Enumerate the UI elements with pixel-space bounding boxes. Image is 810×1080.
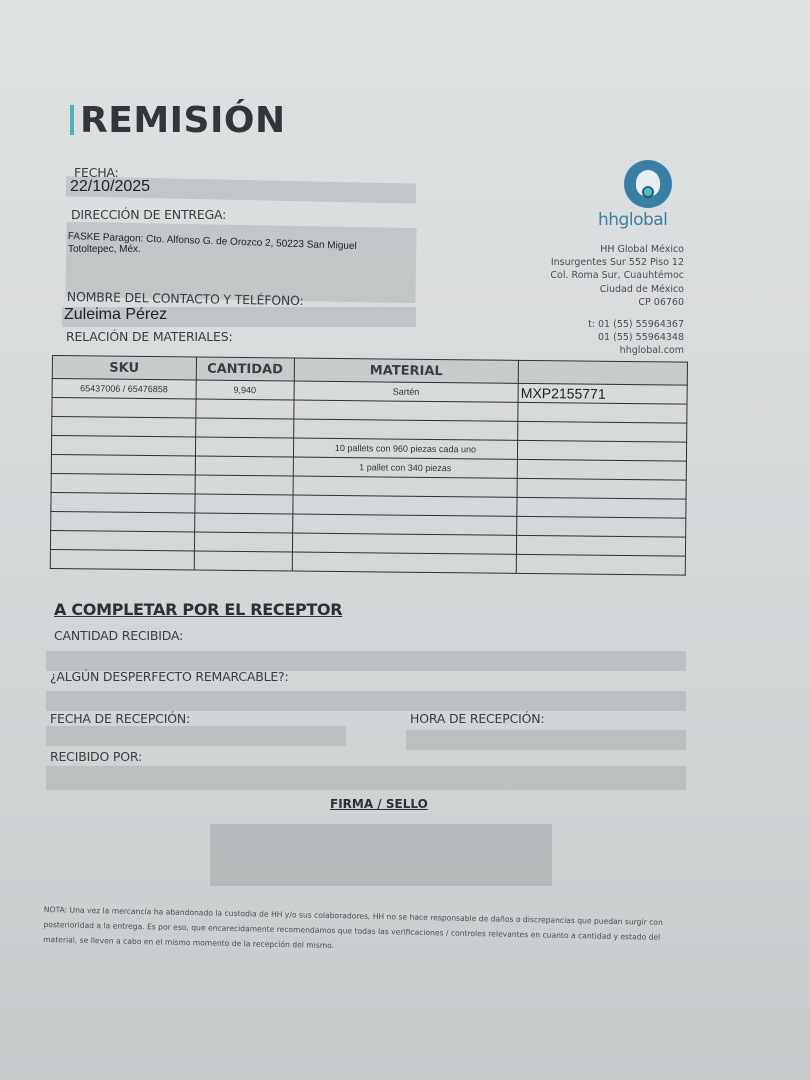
cell-material — [292, 514, 517, 535]
cell-ref — [517, 516, 686, 537]
cell-cantidad — [195, 475, 293, 495]
hora-recepcion-label: HORA DE RECEPCIÓN: — [410, 711, 544, 726]
cell-sku — [51, 454, 195, 475]
logo-ring-shape — [642, 186, 654, 198]
header-sku: SKU — [52, 356, 196, 381]
cell-sku — [52, 398, 196, 419]
direccion-line2: Totoltepec, Méx. — [68, 244, 141, 255]
cell-cantidad — [195, 494, 293, 514]
remision-document: REMISIÓN FECHA: 22/10/2025 DIRECCIÓN DE … — [0, 0, 810, 1080]
title-accent-bar — [70, 105, 74, 135]
recibido-por-label: RECIBIDO POR: — [50, 749, 142, 764]
cell-cantidad — [195, 456, 293, 476]
materials-table: SKU CANTIDAD MATERIAL 65437006 / 6547685… — [50, 355, 688, 576]
cell-material — [292, 495, 517, 516]
brand-name: hhglobal — [598, 210, 667, 230]
cell-sku — [52, 417, 196, 438]
address-line: Col. Roma Sur, Cuauhtémoc — [550, 269, 684, 282]
address-line: CP 06760 — [550, 296, 684, 309]
cell-material — [292, 533, 517, 554]
phone-line: 01 (55) 55964348 — [588, 331, 684, 344]
cell-material — [293, 400, 518, 421]
cell-material — [293, 476, 518, 497]
cell-ref — [517, 459, 686, 480]
recibido-por-field[interactable] — [46, 766, 686, 790]
website-link: hhglobal.com — [588, 344, 684, 357]
cell-ref — [517, 535, 686, 556]
contacto-value: Zuleima Pérez — [64, 306, 167, 324]
header-cantidad: CANTIDAD — [196, 357, 294, 381]
cell-cantidad — [195, 437, 293, 457]
cell-ref: MXP2155771 — [518, 383, 687, 404]
title-text: REMISIÓN — [80, 100, 286, 141]
elephant-logo-icon — [624, 160, 672, 208]
firma-sello-label: FIRMA / SELLO — [330, 797, 428, 811]
cell-cantidad — [195, 418, 293, 438]
cell-cantidad — [196, 399, 294, 419]
cell-sku: 65437006 / 65476858 — [52, 379, 196, 400]
cantidad-recibida-field[interactable] — [46, 651, 686, 671]
cell-ref — [517, 497, 686, 518]
cell-material: 1 pallet con 340 piezas — [293, 457, 518, 478]
fecha-value: 22/10/2025 — [70, 178, 150, 196]
materiales-label: RELACIÓN DE MATERIALES: — [66, 329, 232, 344]
cell-material: Sartén — [294, 381, 519, 402]
cell-sku — [50, 549, 194, 570]
cell-ref — [518, 440, 687, 461]
cell-ref — [518, 421, 687, 442]
direccion-label: DIRECCIÓN DE ENTREGA: — [71, 207, 226, 222]
cell-ref — [516, 554, 685, 575]
cell-cantidad — [194, 551, 292, 571]
address-line: HH Global México — [550, 243, 684, 256]
cell-sku — [50, 530, 194, 551]
desperfecto-field[interactable] — [46, 691, 686, 711]
address-line: Insurgentes Sur 552 Piso 12 — [550, 256, 684, 269]
company-address: HH Global México Insurgentes Sur 552 Pis… — [550, 243, 684, 309]
fecha-recepcion-label: FECHA DE RECEPCIÓN: — [50, 711, 190, 726]
document-title: REMISIÓN — [70, 100, 286, 141]
cell-material — [293, 419, 518, 440]
cell-material — [292, 552, 517, 573]
signature-box[interactable] — [210, 824, 552, 886]
cantidad-recibida-label: CANTIDAD RECIBIDA: — [54, 628, 183, 643]
cell-cantidad — [194, 513, 292, 533]
cell-cantidad — [194, 532, 292, 552]
disclaimer-note: NOTA: Una vez la mercancía ha abandonado… — [43, 902, 684, 960]
cell-sku — [51, 436, 195, 457]
cell-material: 10 pallets con 960 piezas cada uno — [293, 438, 518, 459]
fecha-recepcion-field[interactable] — [46, 726, 346, 746]
cell-ref — [518, 402, 687, 423]
address-line: Ciudad de México — [550, 283, 684, 296]
cell-ref — [517, 478, 686, 499]
company-contact: t: 01 (55) 55964367 01 (55) 55964348 hhg… — [588, 318, 684, 358]
cell-sku — [51, 473, 195, 494]
desperfecto-label: ¿ALGÚN DESPERFECTO REMARCABLE?: — [50, 669, 289, 684]
header-blank — [518, 360, 687, 385]
header-material: MATERIAL — [294, 358, 519, 383]
receptor-section-title: A COMPLETAR POR EL RECEPTOR — [54, 600, 342, 619]
cell-sku — [51, 511, 195, 532]
phone-line: t: 01 (55) 55964367 — [588, 318, 684, 331]
cell-cantidad: 9,940 — [196, 380, 294, 400]
cell-sku — [51, 492, 195, 513]
hora-recepcion-field[interactable] — [406, 730, 686, 750]
